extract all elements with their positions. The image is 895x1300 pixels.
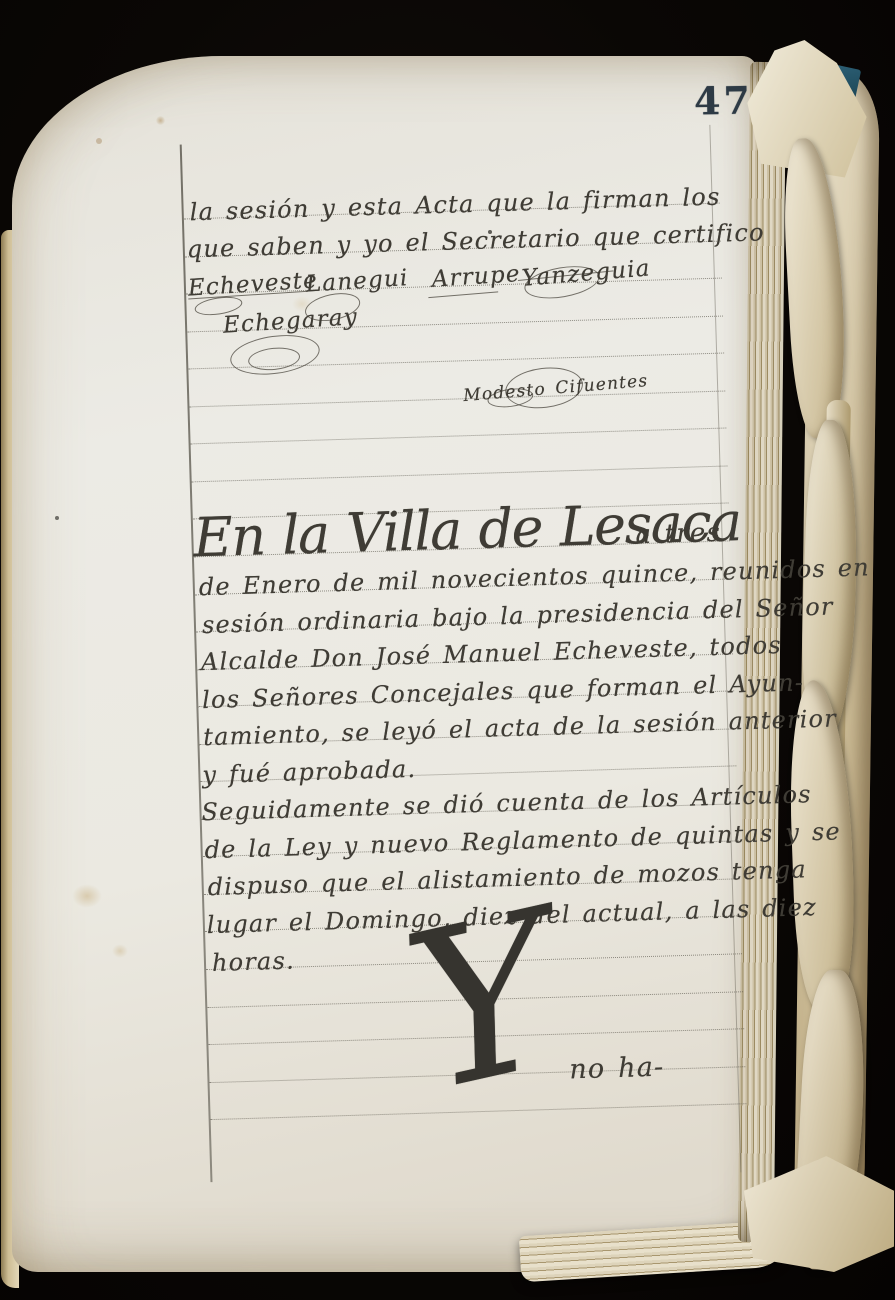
manuscript-line: horas. <box>212 948 296 977</box>
manuscript-line: la sesión y esta Acta que la firman los <box>189 184 721 226</box>
ruled-line <box>189 390 725 407</box>
manuscript-line: Alcalde Don José Manuel Echeveste, todos <box>201 632 782 676</box>
ruled-area: la sesión y esta Acta que la firman los … <box>180 124 755 1200</box>
signature-arrupe: Arrupe <box>431 262 521 293</box>
manuscript-line: que saben y yo el Secretario que certifi… <box>186 219 765 263</box>
photo-background: 47 la sesión y esta Acta que la firman l… <box>0 0 895 1300</box>
manuscript-line: Seguidamente se dió cuenta de los Artícu… <box>201 781 812 825</box>
ruled-line <box>192 465 728 482</box>
manuscript-line: y fué aprobada. <box>202 756 417 789</box>
ruled-line <box>191 428 727 445</box>
entry-heading-continuation: a tres <box>635 519 721 550</box>
manuscript-line: no ha- <box>569 1053 665 1085</box>
signature-lanegui: Lanegui <box>305 266 409 298</box>
manuscript-line: los Señores Concejales que forman el Ayu… <box>202 669 805 713</box>
